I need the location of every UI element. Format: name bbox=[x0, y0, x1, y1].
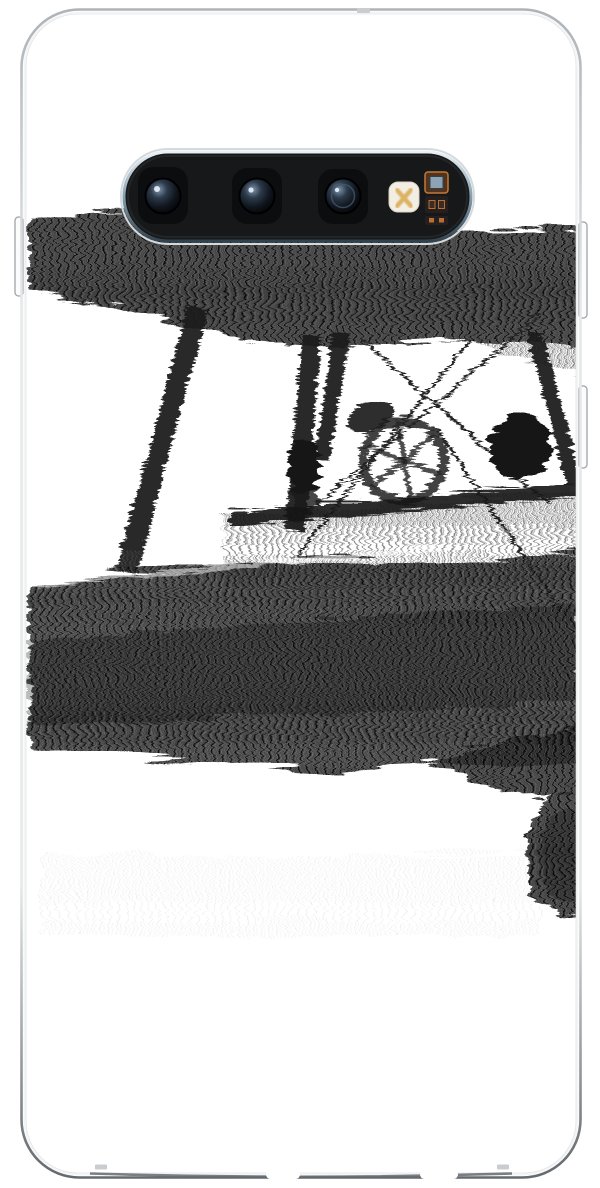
faint-pencil-marks bbox=[40, 852, 540, 932]
antenna-line-top bbox=[357, 8, 370, 13]
sensor-dot bbox=[429, 201, 435, 209]
lens-glint bbox=[248, 187, 253, 192]
led-flash bbox=[389, 182, 419, 212]
pilot-head bbox=[486, 410, 548, 478]
speaker-cutout bbox=[420, 1170, 458, 1179]
sensor-block bbox=[425, 216, 448, 225]
sensor-dot bbox=[429, 218, 434, 223]
lower-wing-streaks bbox=[25, 545, 578, 765]
charging-port-cutout bbox=[266, 1170, 300, 1179]
camera-module bbox=[121, 149, 474, 244]
camera-lens bbox=[240, 179, 275, 214]
antenna-line-bottom-left bbox=[95, 1165, 107, 1170]
lens-glint bbox=[335, 188, 339, 192]
sensor-cluster bbox=[425, 172, 448, 225]
lens-glint bbox=[154, 186, 160, 192]
phone-case-illustration: White phone case with pencil-sketch bipl… bbox=[0, 0, 600, 1188]
antenna-line-bottom-right bbox=[497, 1165, 509, 1170]
sensor-square bbox=[430, 177, 443, 189]
product-image: White phone case with pencil-sketch bipl… bbox=[0, 0, 600, 1188]
sensor-dot bbox=[439, 218, 444, 223]
camera-lens bbox=[146, 179, 181, 214]
sensor-dot bbox=[439, 201, 445, 209]
